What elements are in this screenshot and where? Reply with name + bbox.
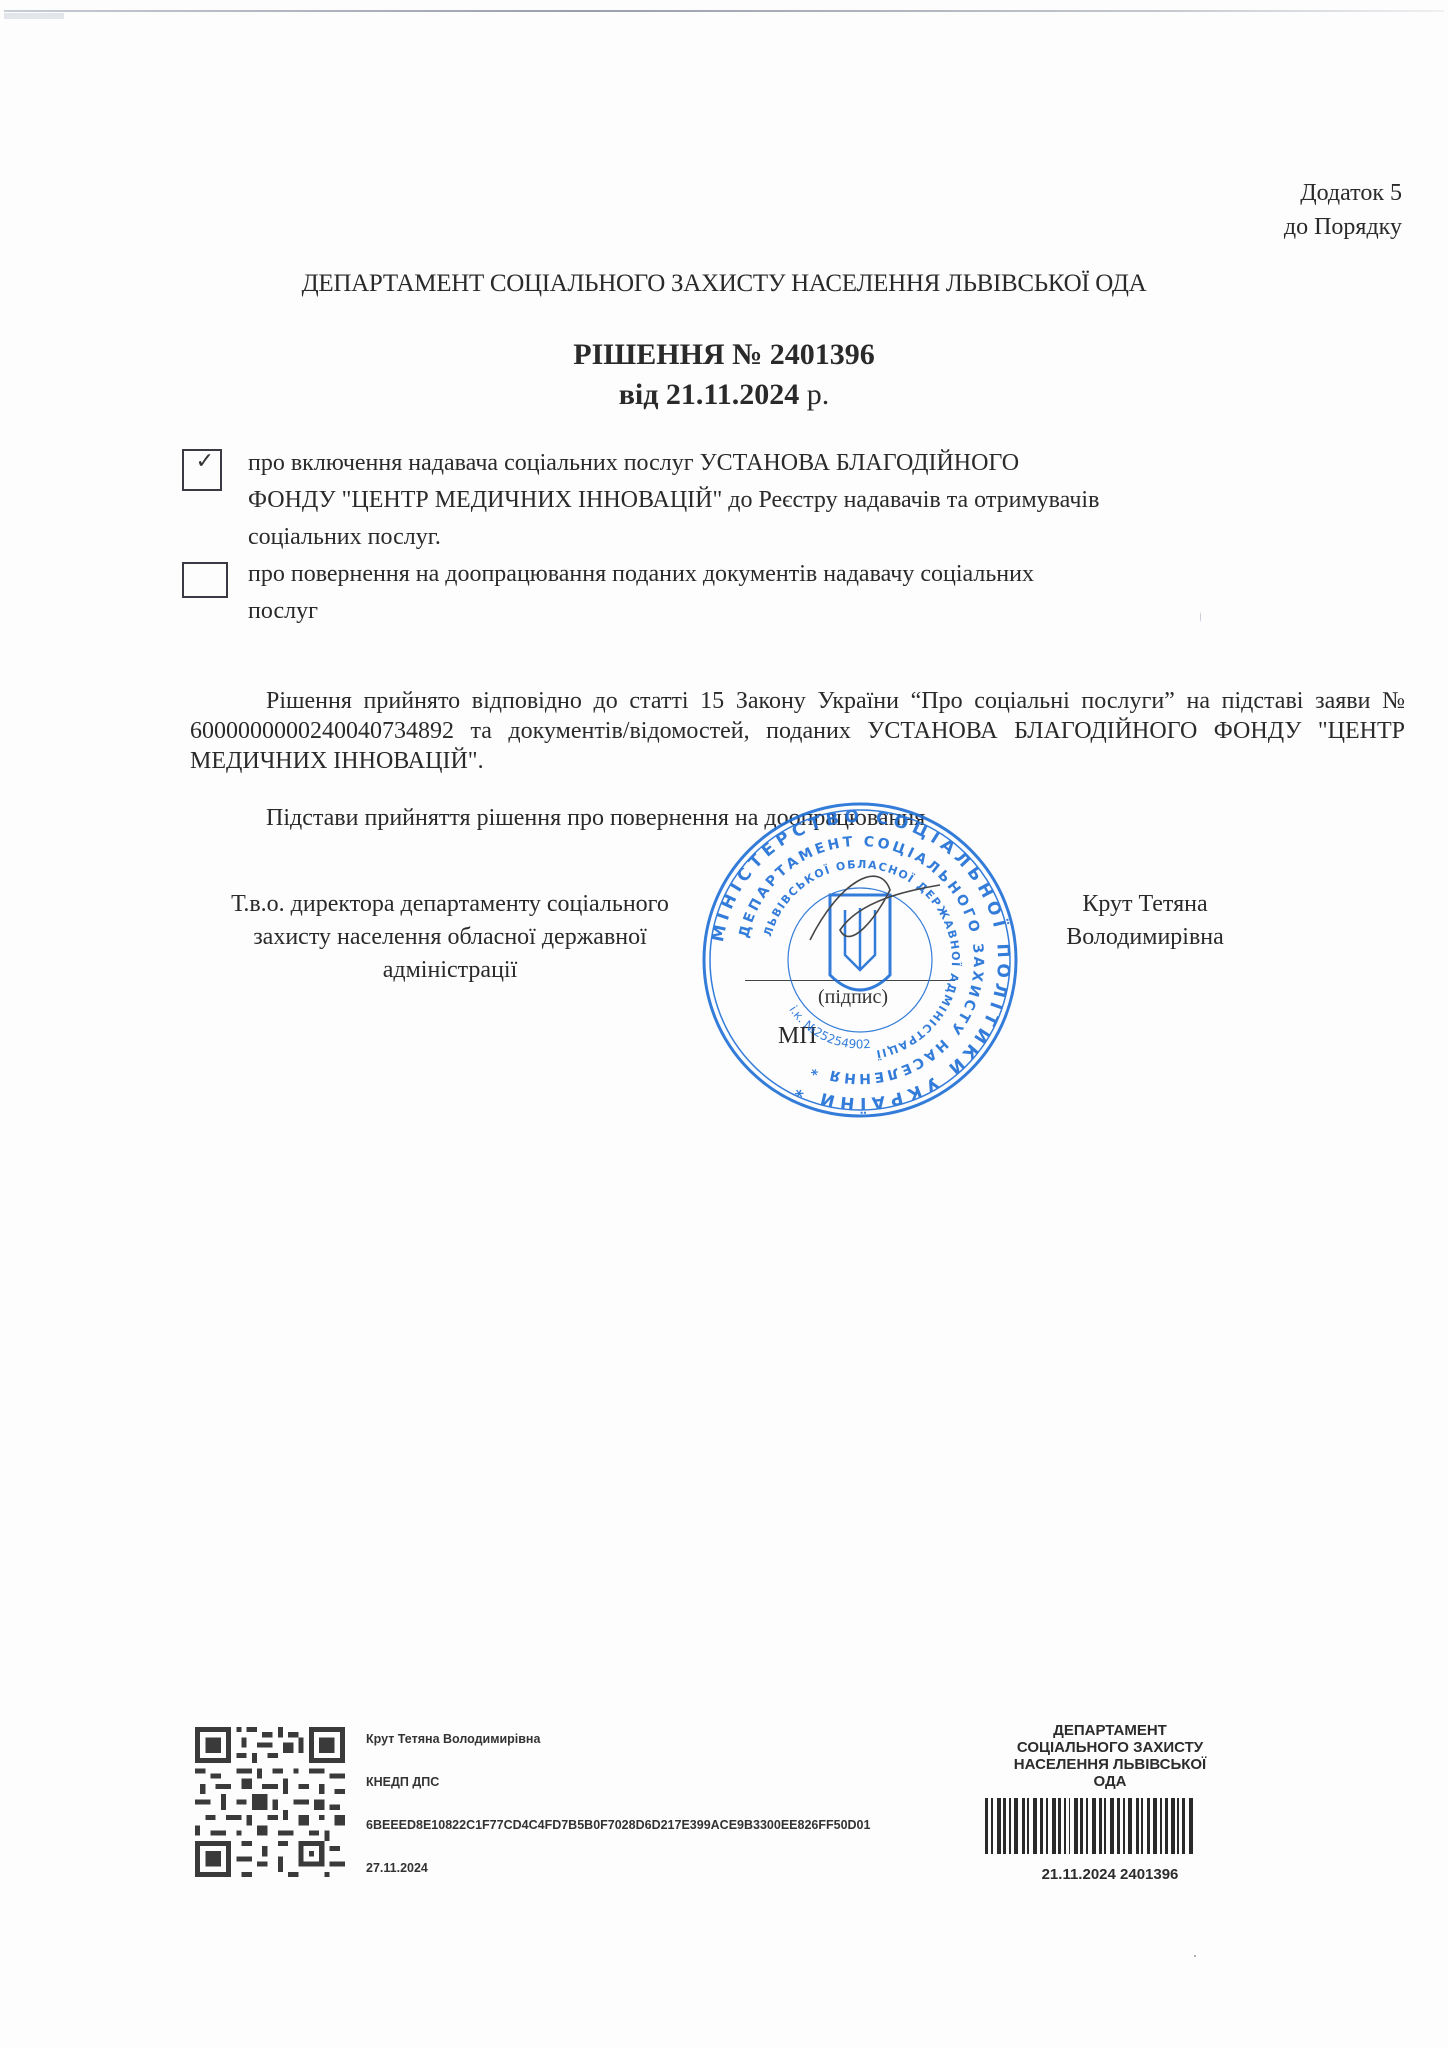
e-signature-date: 27.11.2024 — [366, 1861, 428, 1875]
e-signature-signer: Крут Тетяна Володимирівна — [366, 1732, 540, 1746]
decision-heading: РІШЕННЯ № 2401396 від 21.11.2024 р. — [0, 335, 1448, 415]
decision-basis-paragraph: Рішення прийнято відповідно до статті 15… — [190, 686, 1405, 776]
department-name: ДЕПАРТАМЕНТ СОЦІАЛЬНОГО ЗАХИСТУ НАСЕЛЕНН… — [0, 270, 1448, 298]
checkbox-return-for-revision[interactable] — [182, 562, 228, 598]
check-mark-icon: ✓ — [196, 449, 214, 474]
annex-reference: до Порядку — [1284, 210, 1402, 244]
decision-number: РІШЕННЯ № 2401396 — [0, 335, 1448, 375]
annex-label: Додаток 5 до Порядку — [1284, 176, 1402, 244]
annex-number: Додаток 5 — [1284, 176, 1402, 210]
signatory-name: Крут Тетяна Володимирівна — [1040, 888, 1250, 954]
scan-shadow — [4, 13, 64, 19]
svg-text:і.к. №25254902: і.к. №25254902 — [786, 1003, 871, 1051]
signatory-position: Т.в.о. директора департаменту соціальног… — [180, 888, 720, 987]
checkbox-include-registry[interactable]: ✓ — [182, 449, 222, 491]
scan-edge-line — [4, 10, 1444, 12]
e-signature-provider: КНЕДП ДПС — [366, 1775, 439, 1789]
e-signature-hash: 6BEEED8E10822C1F77CD4C4FD7B5B0F7028D6D21… — [366, 1818, 870, 1832]
official-stamp-icon: МІНІСТЕРСТВО СОЦІАЛЬНОЇ ПОЛІТИКИ УКРАЇНИ… — [690, 800, 1030, 1120]
scan-speck — [1200, 612, 1201, 622]
option-return-text: про повернення на доопрацювання поданих … — [248, 556, 1034, 630]
decision-date: від 21.11.2024 р. — [0, 375, 1448, 415]
scan-speck — [1194, 1955, 1196, 1957]
barcode-icon[interactable] — [985, 1798, 1235, 1854]
barcode-title: ДЕПАРТАМЕНТ СОЦІАЛЬНОГО ЗАХИСТУ НАСЕЛЕНН… — [985, 1722, 1235, 1790]
barcode-caption: 21.11.2024 2401396 — [985, 1866, 1235, 1883]
option-include-text: про включення надавача соціальних послуг… — [248, 445, 1099, 556]
qr-code-icon[interactable] — [195, 1727, 345, 1877]
